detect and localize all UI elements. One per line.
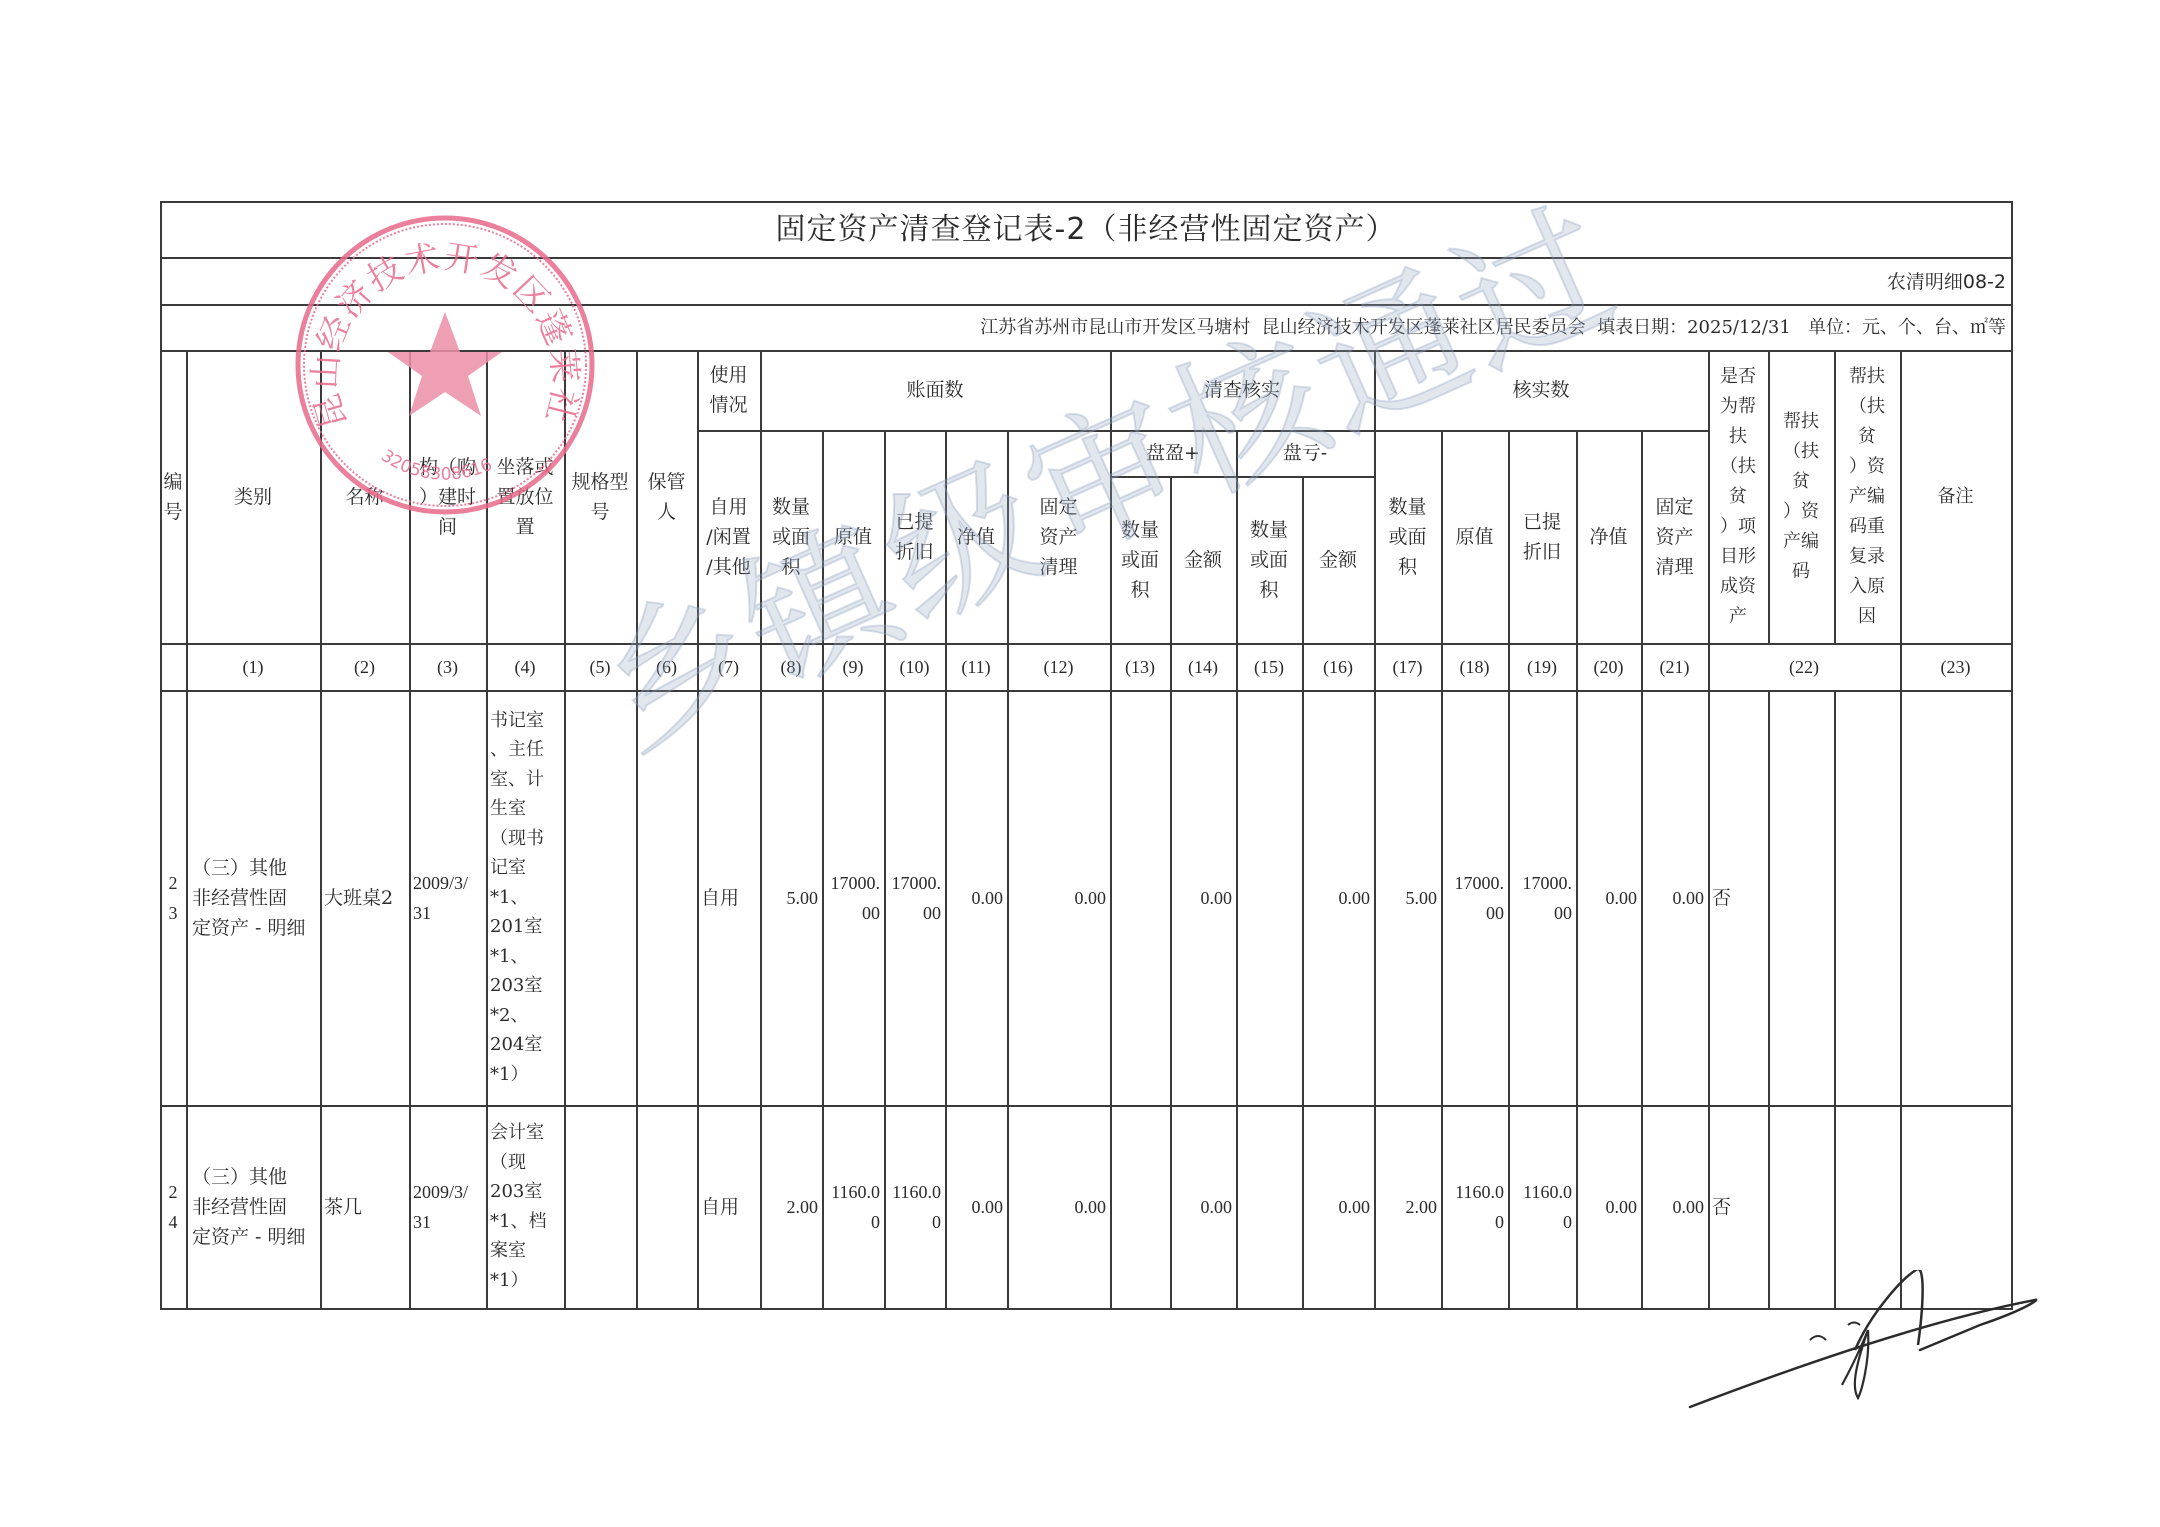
table-cell-book-orig: 1160.0 0	[822, 1105, 884, 1308]
table-rule	[186, 643, 188, 692]
table-rule	[160, 201, 2013, 203]
table-rule	[1641, 1105, 1643, 1310]
table-cell-book-depr: 17000. 00	[884, 690, 945, 1105]
table-cell-build-time: 2009/3/ 31	[409, 690, 486, 1105]
table-cell-book-qty: 5.00	[760, 690, 822, 1105]
column-index: (20)	[1576, 643, 1641, 690]
table-rule	[1708, 690, 1710, 1107]
table-cell-surplus-qty	[1110, 1105, 1170, 1308]
table-rule	[320, 643, 322, 692]
column-index: (11)	[945, 643, 1007, 690]
table-rule	[486, 690, 488, 1107]
table-rule	[822, 690, 824, 1107]
column-index: (13)	[1110, 643, 1170, 690]
table-rule	[1834, 690, 1836, 1107]
table-rule	[1708, 643, 1710, 692]
header-surplus-qty: 数量 或面 积	[1110, 476, 1170, 643]
table-rule	[945, 1105, 947, 1310]
header-loss-group: 盘亏-	[1236, 430, 1374, 476]
table-cell-book-depr: 1160.0 0	[884, 1105, 945, 1308]
table-cell-ver-net: 0.00	[1576, 1105, 1641, 1308]
table-rule	[486, 350, 488, 645]
table-cell-book-net: 0.00	[945, 690, 1007, 1105]
table-rule	[636, 1105, 638, 1310]
table-cell-loss-qty	[1236, 690, 1302, 1105]
document-title: 固定资产清查登记表-2（非经营性固定资产）	[160, 203, 2012, 257]
table-rule	[1302, 643, 1304, 692]
table-rule	[1110, 690, 1112, 1107]
table-cell-aid-code	[1768, 690, 1834, 1105]
header-loss-amt: 金额	[1302, 476, 1374, 643]
table-rule	[186, 350, 188, 645]
table-rule	[1768, 350, 1770, 645]
header-ver-depr: 已提 折旧	[1508, 430, 1576, 643]
table-rule	[1641, 643, 1643, 692]
column-index: (15)	[1236, 643, 1302, 690]
table-rule	[1007, 643, 1009, 692]
table-rule	[1374, 690, 1376, 1107]
header-ver-net: 净值	[1576, 430, 1641, 643]
table-rule	[186, 1105, 188, 1310]
table-rule	[1508, 643, 1510, 692]
table-rule	[1302, 476, 1304, 645]
table-rule	[564, 350, 566, 645]
table-cell-location: 书记室 、主任 室、计 生室 （现书 记室 *1、 201室 *1、 203室 …	[486, 690, 564, 1105]
table-rule	[1508, 430, 1510, 645]
table-rule	[1302, 690, 1304, 1107]
table-rule	[884, 430, 886, 645]
header-surplus-amt: 金额	[1170, 476, 1236, 643]
header-loss-qty: 数量 或面 积	[1236, 476, 1302, 643]
org-info-line: 江苏省苏州市昆山市开发区马塘村 昆山经济技术开发区蓬莱社区居民委员会 填表日期：…	[160, 306, 2010, 350]
table-rule	[760, 350, 762, 645]
table-rule	[884, 1105, 886, 1310]
column-index: (3)	[409, 643, 486, 690]
table-cell-aid-code	[1768, 1105, 1834, 1308]
table-rule	[636, 350, 638, 645]
column-index: (16)	[1302, 643, 1374, 690]
header-build-time: 构（购 ）建时 间	[409, 350, 486, 643]
table-cell-surplus-amt: 0.00	[1170, 690, 1236, 1105]
column-index: (7)	[697, 643, 760, 690]
column-index: (19)	[1508, 643, 1576, 690]
column-index: (21)	[1641, 643, 1708, 690]
table-cell-loss-amt: 0.00	[1302, 1105, 1374, 1308]
table-rule	[636, 690, 638, 1107]
table-rule	[1900, 690, 1902, 1107]
table-cell-ver-clear: 0.00	[1641, 690, 1708, 1105]
table-rule	[160, 1308, 2013, 1310]
header-location: 坐落或 置放位 置	[486, 350, 564, 643]
column-index: (9)	[822, 643, 884, 690]
table-rule	[160, 257, 2013, 259]
table-rule	[1236, 1105, 1238, 1310]
table-rule	[1170, 476, 1172, 645]
table-rule	[320, 1105, 322, 1310]
table-rule	[1576, 643, 1578, 692]
table-cell-name: 茶几	[320, 1105, 409, 1308]
table-rule	[1007, 690, 1009, 1107]
table-cell-no: 2 4	[160, 1105, 186, 1308]
table-rule	[409, 643, 411, 692]
header-spec: 规格型 号	[564, 350, 636, 643]
table-rule	[822, 430, 824, 645]
table-rule	[1576, 430, 1578, 645]
column-index: (1)	[186, 643, 320, 690]
column-index: (4)	[486, 643, 564, 690]
table-rule	[697, 350, 699, 645]
table-rule	[409, 350, 411, 645]
header-book-orig: 原值	[822, 430, 884, 643]
table-rule	[1900, 643, 1902, 692]
table-cell-surplus-qty	[1110, 690, 1170, 1105]
table-cell-book-net: 0.00	[945, 1105, 1007, 1308]
column-index: (12)	[1007, 643, 1110, 690]
table-rule	[2011, 201, 2013, 1310]
table-rule	[1110, 643, 1112, 692]
column-index: (8)	[760, 643, 822, 690]
table-rule	[1374, 350, 1376, 645]
table-cell-name: 大班桌2	[320, 690, 409, 1105]
table-rule	[1236, 643, 1238, 692]
header-verified-group: 核实数	[1374, 350, 1708, 430]
header-ver-qty: 数量 或面 积	[1374, 430, 1441, 643]
column-index: (14)	[1170, 643, 1236, 690]
header-ver-clear: 固定 资产 清理	[1641, 430, 1708, 643]
table-rule	[1576, 1105, 1578, 1310]
table-rule	[1441, 690, 1443, 1107]
table-rule	[884, 643, 886, 692]
table-cell-keeper	[636, 1105, 697, 1308]
table-cell-is-aid: 否	[1708, 690, 1768, 1105]
table-rule	[1007, 430, 1009, 645]
table-cell-keeper	[636, 690, 697, 1105]
table-rule	[1441, 643, 1443, 692]
table-cell-usage: 自用	[697, 1105, 760, 1308]
table-rule	[945, 690, 947, 1107]
header-aid-dup: 帮扶 （扶 贫 ）资 产编 码重 复录 入原 因	[1834, 350, 1900, 643]
column-index: (18)	[1441, 643, 1508, 690]
table-rule	[1834, 350, 1836, 645]
table-rule	[409, 1105, 411, 1310]
form-code: 农清明细08-2	[160, 259, 2010, 304]
header-keeper: 保管 人	[636, 350, 697, 643]
table-rule	[945, 430, 947, 645]
table-cell-book-clear: 0.00	[1007, 1105, 1110, 1308]
table-cell-usage: 自用	[697, 690, 760, 1105]
table-rule	[1374, 1105, 1376, 1310]
table-rule	[1170, 1105, 1172, 1310]
table-cell-spec	[564, 1105, 636, 1308]
table-rule	[1374, 643, 1376, 692]
table-rule	[822, 1105, 824, 1310]
table-rule	[1900, 350, 1902, 645]
table-cell-remark	[1900, 1105, 2011, 1308]
column-index: (23)	[1900, 643, 2011, 690]
table-cell-ver-orig: 17000. 00	[1441, 690, 1508, 1105]
table-rule	[1508, 690, 1510, 1107]
table-rule	[486, 1105, 488, 1310]
header-book-qty: 数量 或面 积	[760, 430, 822, 643]
header-surplus-group: 盘盈+	[1110, 430, 1236, 476]
table-rule	[822, 643, 824, 692]
table-rule	[409, 690, 411, 1107]
table-cell-category: （三）其他 非经营性固 定资产 - 明细	[186, 690, 320, 1105]
table-cell-location: 会计室 （现 203室 *1、档 案室 *1）	[486, 1105, 564, 1308]
table-rule	[1641, 430, 1643, 645]
table-rule	[760, 643, 762, 692]
column-index: (2)	[320, 643, 409, 690]
table-rule	[564, 643, 566, 692]
table-cell-ver-depr: 1160.0 0	[1508, 1105, 1576, 1308]
table-rule	[1110, 1105, 1112, 1310]
header-is-aid: 是否 为帮 扶 （扶 贫 ）项 目形 成资 产	[1708, 350, 1768, 643]
table-cell-aid-dup	[1834, 690, 1900, 1105]
table-rule	[1170, 643, 1172, 692]
table-cell-no: 2 3	[160, 690, 186, 1105]
header-book-net: 净值	[945, 430, 1007, 643]
table-rule	[1708, 350, 1710, 645]
table-rule	[1302, 1105, 1304, 1310]
table-rule	[1441, 430, 1443, 645]
table-rule	[186, 690, 188, 1107]
table-rule	[486, 643, 488, 692]
header-category: 类别	[186, 350, 320, 643]
header-ver-orig: 原值	[1441, 430, 1508, 643]
column-index: (6)	[636, 643, 697, 690]
table-rule	[1768, 1105, 1770, 1310]
table-rule	[1007, 1105, 1009, 1310]
header-check-group: 清查核实	[1110, 350, 1374, 430]
table-cell-ver-qty: 2.00	[1374, 1105, 1441, 1308]
table-cell-ver-orig: 1160.0 0	[1441, 1105, 1508, 1308]
table-rule	[1576, 690, 1578, 1107]
table-cell-remark	[1900, 690, 2011, 1105]
table-cell-book-clear: 0.00	[1007, 690, 1110, 1105]
table-cell-category: （三）其他 非经营性固 定资产 - 明细	[186, 1105, 320, 1308]
table-cell-book-orig: 17000. 00	[822, 690, 884, 1105]
table-rule	[1641, 690, 1643, 1107]
table-rule	[1441, 1105, 1443, 1310]
table-rule	[1170, 690, 1172, 1107]
header-book-group: 账面数	[760, 350, 1110, 430]
table-rule	[1768, 690, 1770, 1107]
table-rule	[1834, 1105, 1836, 1310]
table-rule	[636, 643, 638, 692]
table-cell-loss-qty	[1236, 1105, 1302, 1308]
header-usage: 自用 /闲置 /其他	[697, 430, 760, 643]
table-cell-spec	[564, 690, 636, 1105]
table-cell-ver-depr: 17000. 00	[1508, 690, 1576, 1105]
table-rule	[1236, 690, 1238, 1107]
header-usage-group: 使用 情况	[697, 350, 760, 430]
header-aid-code: 帮扶 （扶 贫 ）资 产编 码	[1768, 350, 1834, 643]
table-rule	[160, 304, 2013, 306]
table-rule	[1236, 430, 1238, 645]
table-cell-is-aid: 否	[1708, 1105, 1768, 1308]
table-cell-loss-amt: 0.00	[1302, 690, 1374, 1105]
table-cell-ver-clear: 0.00	[1641, 1105, 1708, 1308]
table-cell-aid-dup	[1834, 1105, 1900, 1308]
table-rule	[564, 690, 566, 1107]
column-index: (22)	[1708, 643, 1900, 690]
table-rule	[1110, 350, 1112, 645]
table-rule	[697, 1105, 699, 1310]
table-rule	[760, 690, 762, 1107]
header-name: 名称	[320, 350, 409, 643]
header-remark: 备注	[1900, 350, 2011, 643]
table-rule	[697, 643, 699, 692]
table-rule	[945, 643, 947, 692]
column-index: (10)	[884, 643, 945, 690]
table-rule	[760, 1105, 762, 1310]
table-cell-build-time: 2009/3/ 31	[409, 1105, 486, 1308]
table-rule	[697, 690, 699, 1107]
table-cell-ver-qty: 5.00	[1374, 690, 1441, 1105]
table-rule	[564, 1105, 566, 1310]
table-rule	[1708, 1105, 1710, 1310]
table-cell-surplus-amt: 0.00	[1170, 1105, 1236, 1308]
table-rule	[320, 690, 322, 1107]
header-book-depr: 已提 折旧	[884, 430, 945, 643]
header-book-clear: 固定 资产 清理	[1007, 430, 1110, 643]
table-cell-book-qty: 2.00	[760, 1105, 822, 1308]
table-rule	[1900, 1105, 1902, 1310]
column-index: (5)	[564, 643, 636, 690]
table-rule	[1508, 1105, 1510, 1310]
table-rule	[884, 690, 886, 1107]
table-rule	[320, 350, 322, 645]
table-cell-ver-net: 0.00	[1576, 690, 1641, 1105]
header-no: 编 号	[160, 350, 186, 643]
column-index: (17)	[1374, 643, 1441, 690]
